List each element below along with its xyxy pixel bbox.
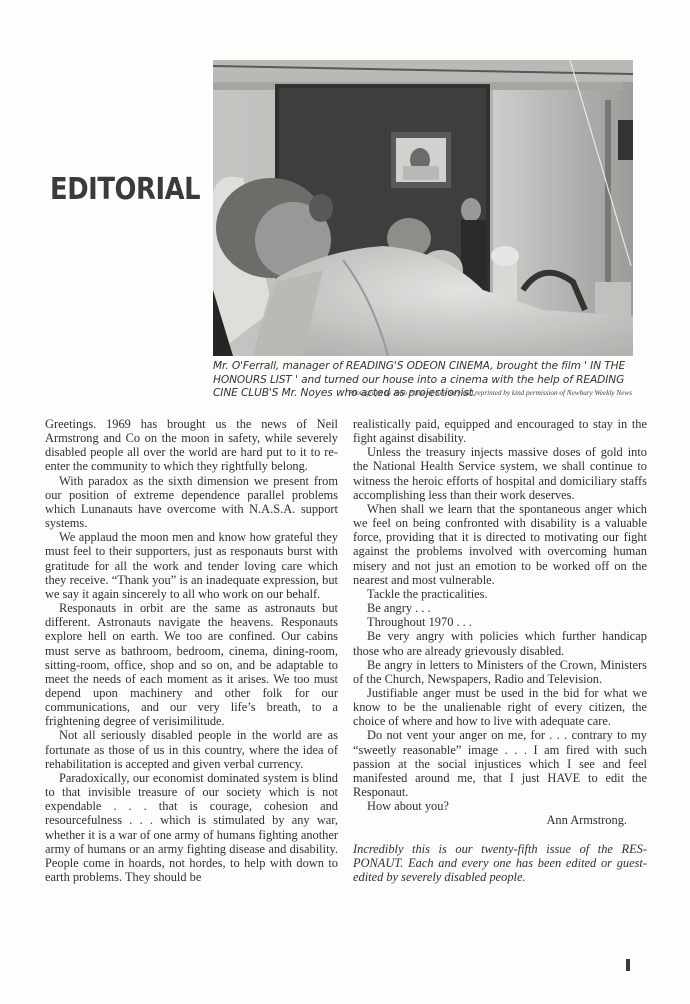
author-signature: Ann Armstrong. xyxy=(353,813,647,827)
article-column-right: realistically paid, equipped and encoura… xyxy=(353,417,647,884)
paragraph: Greetings. 1969 has brought us the news … xyxy=(45,417,338,474)
paragraph: How about you? xyxy=(353,799,647,813)
paragraph: We applaud the moon men and know how gra… xyxy=(45,530,338,601)
editorial-page: EDITORIAL xyxy=(0,0,690,1004)
paragraph: Tackle the practicalities. xyxy=(353,587,647,601)
paragraph: When shall we learn that the spontaneous… xyxy=(353,502,647,587)
page-number-marker xyxy=(626,959,630,971)
paragraph: Throughout 1970 . . . xyxy=(353,615,647,629)
paragraph: With paradox as the sixth dimension we p… xyxy=(45,474,338,531)
paragraph: Responauts in orbit are the same as astr… xyxy=(45,601,338,728)
page-heading: EDITORIAL xyxy=(50,172,200,207)
paragraph: Be angry in letters to Ministers of the … xyxy=(353,658,647,686)
paragraph: Justifiable anger must be used in the bi… xyxy=(353,686,647,728)
photo-image-icon xyxy=(213,60,633,356)
paragraph: Be angry . . . xyxy=(353,601,647,615)
article-column-left: Greetings. 1969 has brought us the news … xyxy=(45,417,338,884)
paragraph: Be very angry with policies which furthe… xyxy=(353,629,647,657)
paragraph: Do not vent your anger on me, for . . . … xyxy=(353,728,647,799)
paragraph: Unless the treasury injects massive dose… xyxy=(353,445,647,502)
cinema-photograph xyxy=(213,60,633,356)
paragraph: realistically paid, equipped and encoura… xyxy=(353,417,647,445)
photo-credit: Photograph by John Paine of Newbury and … xyxy=(348,389,632,397)
paragraph: Paradoxically, our economist dominated s… xyxy=(45,771,338,884)
closing-note: Incredibly this is our twenty-fifth issu… xyxy=(353,842,647,884)
paragraph: Not all seriously disabled people in the… xyxy=(45,728,338,770)
